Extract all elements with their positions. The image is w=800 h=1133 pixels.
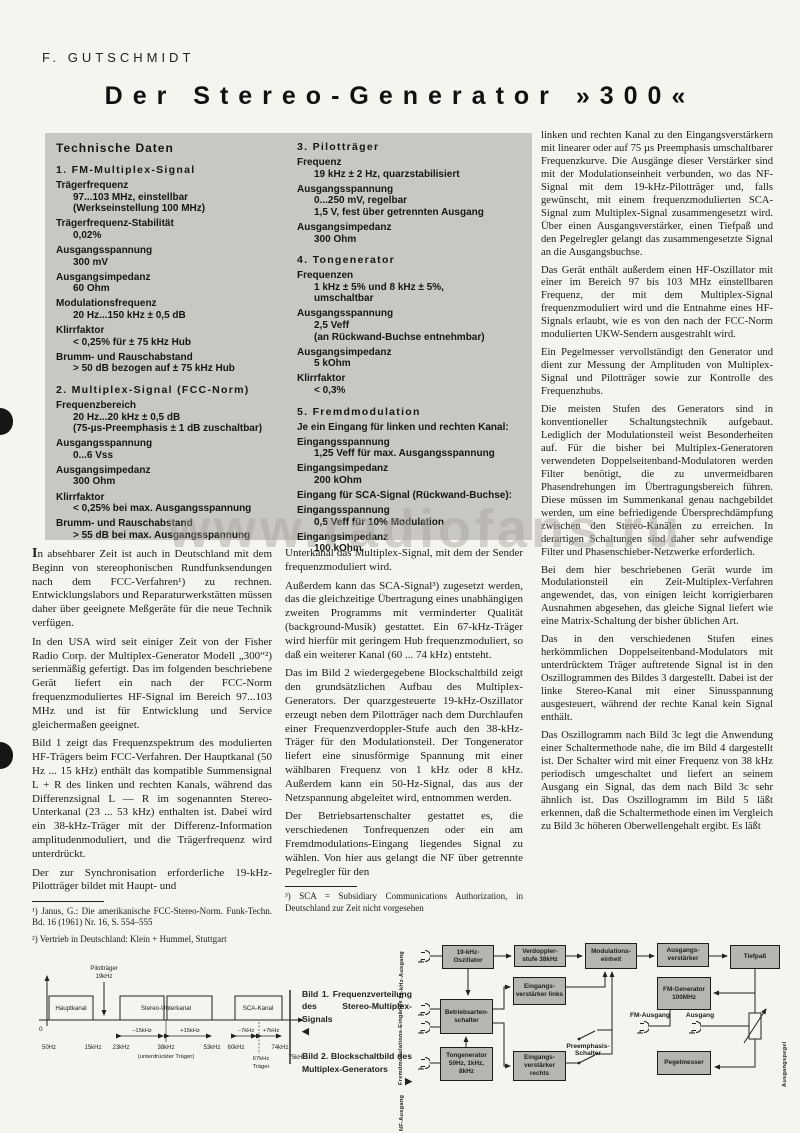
spec-label: Eingangsspannung [297,505,521,517]
jack-icon [417,1002,430,1017]
pilot-freq-label: 19kHz [95,974,112,980]
spec-value: 60 Ohm [56,283,280,295]
spec-value: (75-µs-Preemphasis ± 1 dB zuschaltbar) [56,423,280,435]
spec-label: Modulationsfrequenz [56,298,280,310]
hauptkanal-label: Hauptkanal [55,1005,86,1012]
spec-item: Ausgangsspannung2,5 Veff(an Rückwand-Buc… [297,308,521,343]
dim-label: +7kHz [263,1028,280,1034]
switch-pivot [578,1038,581,1041]
sca-kanal-label: SCA-Kanal [243,1005,274,1012]
dim-label: +15kHz [180,1028,200,1034]
spec-value: 2,5 Veff [297,320,521,332]
spec-value: 0...250 mV, regelbar [297,195,521,207]
magazine-page: www.radiofans.ru F. GUTSCHMIDT Der Stere… [0,0,800,1133]
tick-label: 50Hz [42,1045,56,1051]
paragraph: Außerdem kann das SCA-Signal³) zugesetzt… [285,580,523,663]
technical-data-box: Technische Daten 1. FM-Multiplex-Signal … [45,133,532,540]
spec-label: Frequenz [297,157,521,169]
output-level-label: Ausgangspegel [782,995,788,1087]
dim-label: –7kHz [238,1028,255,1034]
fig1-caption: Bild 1. Frequenzverteilung des Stereo-Mu… [302,988,412,1038]
spec-section-title: 3. Pilotträger [297,141,521,153]
spec-item: Ausgangsspannung300 mV [56,245,280,268]
spec-label: Klirrfaktor [56,492,280,504]
fig2-wiring [398,943,798,1133]
block-fm-generator: FM-Generator 100MHz [657,977,711,1010]
left-arrow-icon: ◀ [302,1025,412,1038]
fig2-caption: Bild 2. Blockschaltbild des Multiplex-Ge… [302,1050,412,1088]
paragraph: Die meisten Stufen des Generators sind i… [541,404,773,559]
spec-label: Ausgangsimpedanz [56,272,280,284]
spec-label: Eingangsimpedanz [297,463,521,475]
spec-value: 19 kHz ± 2 Hz, quarzstabilisiert [297,169,521,181]
fig2-block-diagram: 19-kHz-Oszillator Verdoppler­stufe 38kHz… [398,943,798,1133]
output-label: Ausgang [680,1012,720,1019]
body-column-1: In absehbarer Zeit ist auch in Deutschla… [32,547,272,950]
spec-item: Je ein Eingang für linken und rechten Ka… [297,422,521,434]
pilot-label: Pilotträger [90,966,117,972]
spec-item: Eingangsspannung0,5 Veff für 10% Modulat… [297,505,521,528]
fig2-caption-text: Bild 2. Blockschaltbild des Multiplex-Ge… [302,1051,412,1073]
spec-label: Brumm- und Rauschabstand [56,518,280,530]
scan-hole-mark [0,408,13,435]
spec-value: 1,5 V, fest über getrennten Ausgang [297,207,521,219]
spec-value: (an Rückwand-Buchse entnehmbar) [297,332,521,344]
tick-label: 53kHz [203,1045,220,1051]
spec-value: > 55 dB bei max. Ausgangsspannung [56,530,280,542]
tick-label: 15kHz [84,1045,101,1051]
dim-label: –15kHz [132,1028,152,1034]
paragraph: Der Betriebsartenschalter gestattet es, … [285,810,523,879]
spec-value: 0,02% [56,230,280,242]
spec-value: 0,5 Veff für 10% Modulation [297,517,521,529]
19khz-output-label: 19-kHz-Ausgang [399,943,414,999]
spec-item: Frequenz19 kHz ± 2 Hz, quarzstabilisiert [297,157,521,180]
footnote-rule [32,901,104,902]
tick-label: 60kHz [227,1045,244,1051]
block-input-amp-left: Eingangs­verstärker links [513,977,566,1005]
spec-label: Brumm- und Rauschabstand [56,352,280,364]
block-output-amplifier: Ausgangs­verstärker [657,943,709,967]
tick-label: 74kHz [271,1045,288,1051]
spec-value: (Werkseinstellung 100 MHz) [56,203,280,215]
techbox-heading: Technische Daten [56,141,280,155]
fig1-caption-text: Bild 1. Frequenzverteilung des Stereo-Mu… [302,989,412,1024]
spec-label: Eingangsimpedanz [297,532,521,544]
figure-captions: Bild 1. Frequenzverteilung des Stereo-Mu… [302,988,412,1100]
preemphasis-switch-label: Preemphasis-Schalter [558,1043,618,1057]
paragraph: Der zur Synchronisation erforderliche 19… [32,867,272,895]
spec-label: Trägerfrequenz-Stabilität [56,218,280,230]
paragraph: In absehbarer Zeit ist auch in Deutschla… [32,547,272,631]
spec-value: 300 mV [56,257,280,269]
spec-label: Eingang für SCA-Signal (Rückwand-Buchse)… [297,490,521,502]
spec-item: Modulationsfrequenz20 Hz...150 kHz ± 0,5… [56,298,280,321]
paragraph: Bei dem hier beschriebenen Gerät wurde i… [541,565,773,630]
jack-icon [417,1020,430,1035]
spec-label: Ausgangsspannung [56,245,280,257]
spec-label: Klirrfaktor [56,325,280,337]
spec-label: Ausgangsimpedanz [56,465,280,477]
spec-item: Ausgangsimpedanz60 Ohm [56,272,280,295]
jack-icon [688,1020,701,1035]
spec-item: Ausgangsimpedanz5 kOhm [297,347,521,370]
spec-value: umschaltbar [297,293,521,305]
spec-item: Eingang für SCA-Signal (Rückwand-Buchse)… [297,490,521,502]
spec-item: Klirrfaktor< 0,3% [297,373,521,396]
spec-value: 200 kOhm [297,475,521,487]
techbox-column-1: Technische Daten 1. FM-Multiplex-Signal … [56,141,280,532]
spec-label: Ausgangsimpedanz [297,222,521,234]
body-column-2: Unterkanal das Multiplex-Signal, mit dem… [285,547,523,919]
tick-label: 23kHz [112,1045,129,1051]
suppressed-carrier-label: (unterdrückter Träger) [138,1054,194,1060]
spec-item: Eingangsspannung1,25 Veff für max. Ausga… [297,437,521,460]
paragraph: In den USA wird seit einiger Zeit von de… [32,636,272,733]
spec-value: 1,25 Veff für max. Ausgangsspannung [297,448,521,460]
spec-section-title: 5. Fremdmodulation [297,406,521,418]
spec-value: 5 kOhm [297,358,521,370]
spec-item: Brumm- und Rauschabstand> 55 dB bei max.… [56,518,280,541]
footnote-rule [285,886,357,887]
spec-value: 300 Ohm [56,476,280,488]
block-modulation-unit: Modulations­einheit [585,943,637,969]
block-lowpass: Tiefpaß [730,945,780,969]
spec-label: Frequenzen [297,270,521,282]
jack-icon [417,949,430,964]
axis-zero-label: 0 [39,1026,43,1033]
paragraph: Bild 1 zeigt das Frequenzspektrum des mo… [32,737,272,861]
spec-value: 300 Ohm [297,234,521,246]
spec-section-title: 2. Multiplex-Signal (FCC-Norm) [56,384,280,396]
nf-output-label: NF-Ausgang [399,1085,414,1131]
switch-pivot [578,1062,581,1065]
spec-item: Klirrfaktor< 0,25% für ± 75 kHz Hub [56,325,280,348]
spec-item: Ausgangsimpedanz300 Ohm [297,222,521,245]
spec-label: Ausgangsimpedanz [297,347,521,359]
paragraph: Unterkanal das Multiplex-Signal, mit dem… [285,547,523,575]
block-level-meter: Pegel­messer [657,1051,711,1075]
spec-label: Frequenzbereich [56,400,280,412]
spec-value: < 0,3% [297,385,521,397]
paragraph: Ein Pegelmesser vervollständigt den Gene… [541,347,773,399]
page-title: Der Stereo-Generator »300« [0,82,800,111]
spec-value: 20 Hz...20 kHz ± 0,5 dB [56,412,280,424]
spec-label: Eingangsspannung [297,437,521,449]
spec-value: 0...6 Vss [56,450,280,462]
spec-value: 97...103 MHz, einstellbar [56,192,280,204]
footnote: ³) SCA = Subsidiary Communications Autho… [285,891,523,914]
spec-item: Brumm- und Rauschabstand> 50 dB bezogen … [56,352,280,375]
paragraph: Das im Bild 2 wiedergegebene Blockschalt… [285,667,523,805]
spec-label: Je ein Eingang für linken und rechten Ka… [297,422,521,434]
tick-label: 38kHz [157,1045,174,1051]
spec-label: Ausgangsspannung [297,308,521,320]
spec-item: Eingangsimpedanz200 kOhm [297,463,521,486]
block-tone-generator: Tongenerator 50Hz, 1kHz, 8kHz [440,1047,493,1081]
techbox-column-2: 3. Pilotträger Frequenz19 kHz ± 2 Hz, qu… [297,141,521,532]
spec-item: Ausgangsspannung0...250 mV, regelbar1,5 … [297,184,521,219]
spec-value: > 50 dB bezogen auf ± 75 kHz Hub [56,363,280,375]
paragraph: Das Oszillogramm nach Bild 3c legt die A… [541,730,773,834]
jack-icon [636,1020,649,1035]
block-doubler-38khz: Verdoppler­stufe 38kHz [514,945,566,967]
fig1-spectrum-diagram: 0 Hauptkanal Stereo-Unterkanal SCA-Kanal… [25,960,317,1128]
fm-output-label: FM-Ausgang [624,1012,676,1019]
spec-label: Ausgangsspannung [297,184,521,196]
spec-label: Trägerfrequenz [56,180,280,192]
fremdmod-inputs-label: Fremdmodulations-Eingänge [398,999,414,1085]
carrier-67-label2: Träger [253,1064,270,1070]
paragraph: linken und rechten Kanal zu den Eingangs… [541,130,773,260]
spec-item: Klirrfaktor< 0,25% bei max. Ausgangsspan… [56,492,280,515]
right-arrow-icon: ▶ [302,1075,412,1088]
paragraph: Das Gerät enthält außerdem einen HF-Oszi… [541,265,773,343]
jack-icon [417,1056,430,1071]
spec-value: 20 Hz...150 kHz ± 0,5 dB [56,310,280,322]
spec-item: Trägerfrequenz97...103 MHz, einstellbar(… [56,180,280,215]
spec-label: Klirrfaktor [297,373,521,385]
spec-value: 1 kHz ± 5% und 8 kHz ± 5%, [297,282,521,294]
spec-item: Trägerfrequenz-Stabilität0,02% [56,218,280,241]
body-column-3: linken und rechten Kanal zu den Eingangs… [541,130,773,839]
block-mode-switch: Betriebs­arten­schalter [440,999,493,1034]
spec-item: Frequenzen1 kHz ± 5% und 8 kHz ± 5%,umsc… [297,270,521,305]
scan-hole-mark [0,742,13,769]
footnote: ¹) Janus, G.: Die amerikanische FCC-Ster… [32,906,272,929]
footnote: ²) Vertrieb in Deutschland: Klein + Humm… [32,934,272,945]
spec-value: < 0,25% für ± 75 kHz Hub [56,337,280,349]
spec-item: Ausgangsspannung0...6 Vss [56,438,280,461]
author: F. GUTSCHMIDT [42,50,194,65]
spec-item: Frequenzbereich20 Hz...20 kHz ± 0,5 dB(7… [56,400,280,435]
paragraph: Das in den verschiedenen Stufen eines he… [541,634,773,725]
spec-section-title: 4. Tongenerator [297,254,521,266]
spec-item: Ausgangsimpedanz300 Ohm [56,465,280,488]
stereo-unterkanal-label: Stereo-Unterkanal [141,1005,191,1012]
spec-section-title: 1. FM-Multiplex-Signal [56,164,280,176]
block-oscillator-19khz: 19-kHz-Oszillator [442,945,494,969]
spec-value: < 0,25% bei max. Ausgangsspannung [56,503,280,515]
spec-label: Ausgangsspannung [56,438,280,450]
carrier-67-label: 67kHz [253,1056,270,1062]
